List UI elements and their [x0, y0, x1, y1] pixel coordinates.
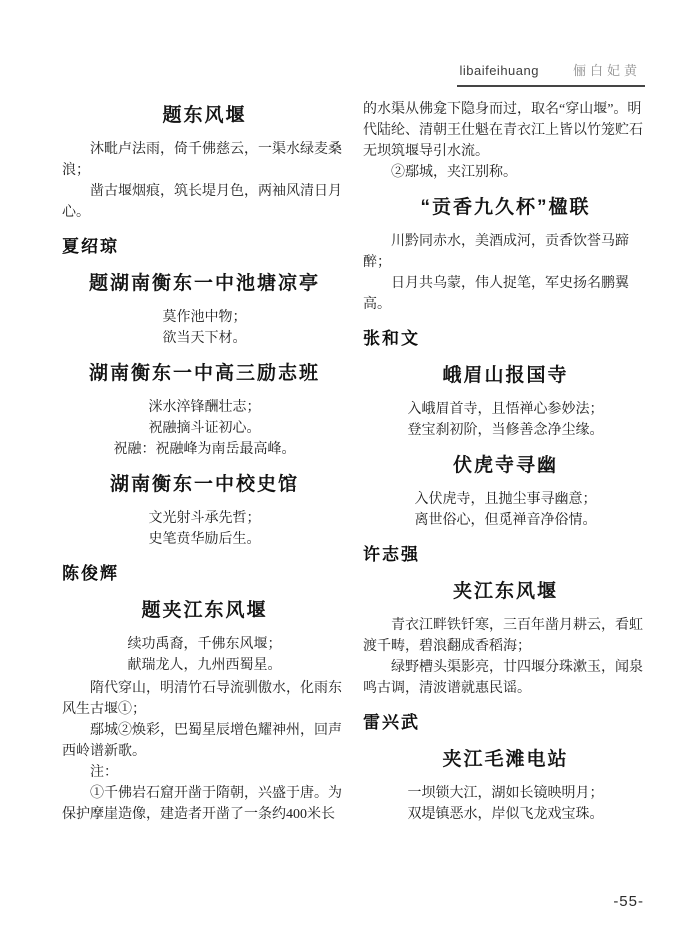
couplet-line: 续功禹裔，千佛东风堰；	[62, 634, 347, 655]
poem-title: 夹江东风堰	[363, 579, 648, 605]
poem-title: 湖南衡东一中高三励志班	[62, 361, 347, 387]
header-pinyin: libaifeihuang	[459, 63, 539, 78]
couplet: 洣水淬锋酬壮志； 祝融摘斗证初心。 祝融：祝融峰为南岳最高峰。	[62, 397, 347, 460]
header-book-title: 俪白妃黄	[573, 60, 641, 79]
author-name: 张和文	[363, 327, 648, 351]
author-name: 许志强	[363, 543, 648, 567]
couplet: 入峨眉首寺，且悟禅心参妙法； 登宝刹初阶，当修善念净尘缘。	[363, 399, 648, 441]
couplet: 入伏虎寺，且抛尘事寻幽意； 离世俗心，但觅禅音净俗情。	[363, 489, 648, 531]
couplet-note: 祝融：祝融峰为南岳最高峰。	[62, 439, 347, 460]
couplet-line: 绿野槽头渠影亮，廿四堰分珠漱玉，闻泉鸣古调，清波谱就惠民谣。	[363, 657, 648, 699]
poem-title: 伏虎寺寻幽	[363, 453, 648, 479]
book-page: libaifeihuang 俪白妃黄 题东风堰 沐毗卢法雨，倚千佛慈云，一渠水绿…	[0, 0, 700, 948]
continuation-paragraph: 的水渠从佛龛下隐身而过，取名“穿山堰”。明代陆纶、清朝王仕魁在青衣江上皆以竹笼贮…	[363, 99, 648, 162]
couplet-line: 离世俗心，但觅禅音净俗情。	[363, 510, 648, 531]
note-label: 注：	[62, 762, 347, 783]
couplet-line: 登宝刹初阶，当修善念净尘缘。	[363, 420, 648, 441]
page-header: libaifeihuang 俪白妃黄	[0, 0, 700, 87]
couplet-line: 莫作池中物；	[62, 307, 347, 328]
couplet-line: 入伏虎寺，且抛尘事寻幽意；	[363, 489, 648, 510]
poem-title: 题湖南衡东一中池塘凉亭	[62, 271, 347, 297]
poem-title: 峨眉山报国寺	[363, 363, 648, 389]
couplet-line: 史笔贲华励后生。	[62, 529, 347, 550]
couplet-line: 一坝锁大江，湖如长镜映明月；	[363, 783, 648, 804]
page-content: 题东风堰 沐毗卢法雨，倚千佛慈云，一渠水绿麦桑浪； 凿古堰烟痕，筑长堤月色，两袖…	[0, 87, 700, 827]
paragraph: 鄢城②焕彩，巴蜀星辰增色耀神州，回声西岭谱新歌。	[62, 720, 347, 762]
poem-title: 夹江毛滩电站	[363, 747, 648, 773]
poem-title: 题夹江东风堰	[62, 598, 347, 624]
couplet-line: 文光射斗承先哲；	[62, 508, 347, 529]
couplet: 一坝锁大江，湖如长镜映明月； 双堤镇恶水，岸似飞龙戏宝珠。	[363, 783, 648, 825]
couplet-line: 沐毗卢法雨，倚千佛慈云，一渠水绿麦桑浪；	[62, 139, 347, 181]
couplet-line: 川黔同赤水，美酒成河，贡香饮誉马蹄醉；	[363, 231, 648, 273]
couplet: 莫作池中物； 欲当天下材。	[62, 307, 347, 349]
couplet-line: 日月共乌蒙，伟人捉笔，军史扬名鹏翼高。	[363, 273, 648, 315]
couplet-line: 双堤镇恶水，岸似飞龙戏宝珠。	[363, 804, 648, 825]
couplet: 文光射斗承先哲； 史笔贲华励后生。	[62, 508, 347, 550]
paragraph: 隋代穿山，明清竹石导流驯傲水，化雨东风生古堰①；	[62, 678, 347, 720]
right-column: 的水渠从佛龛下隐身而过，取名“穿山堰”。明代陆纶、清朝王仕魁在青衣江上皆以竹笼贮…	[363, 99, 648, 827]
couplet-line: 祝融摘斗证初心。	[62, 418, 347, 439]
page-number: -55-	[613, 893, 644, 910]
poem-title: “贡香九久杯”楹联	[363, 195, 648, 221]
footnote: ②鄢城，夹江别称。	[363, 162, 648, 183]
couplet: 续功禹裔，千佛东风堰； 献瑞龙人，九州西蜀星。	[62, 634, 347, 676]
couplet-line: 欲当天下材。	[62, 328, 347, 349]
poem-title: 湖南衡东一中校史馆	[62, 472, 347, 498]
couplet-line: 青衣江畔铁钎寒，三百年凿月耕云，看虹渡千畴，碧浪翻成香稻海；	[363, 615, 648, 657]
header-rule: libaifeihuang 俪白妃黄	[457, 60, 645, 87]
couplet-line: 献瑞龙人，九州西蜀星。	[62, 655, 347, 676]
poem-title: 题东风堰	[62, 103, 347, 129]
left-column: 题东风堰 沐毗卢法雨，倚千佛慈云，一渠水绿麦桑浪； 凿古堰烟痕，筑长堤月色，两袖…	[62, 99, 347, 827]
author-name: 雷兴武	[363, 711, 648, 735]
couplet-line: 入峨眉首寺，且悟禅心参妙法；	[363, 399, 648, 420]
footnote: ①千佛岩石窟开凿于隋朝，兴盛于唐。为保护摩崖造像，建造者开凿了一条约400米长	[62, 783, 347, 825]
author-name: 陈俊辉	[62, 562, 347, 586]
author-name: 夏绍琼	[62, 235, 347, 259]
couplet-line: 洣水淬锋酬壮志；	[62, 397, 347, 418]
couplet-line: 凿古堰烟痕，筑长堤月色，两袖风清日月心。	[62, 181, 347, 223]
